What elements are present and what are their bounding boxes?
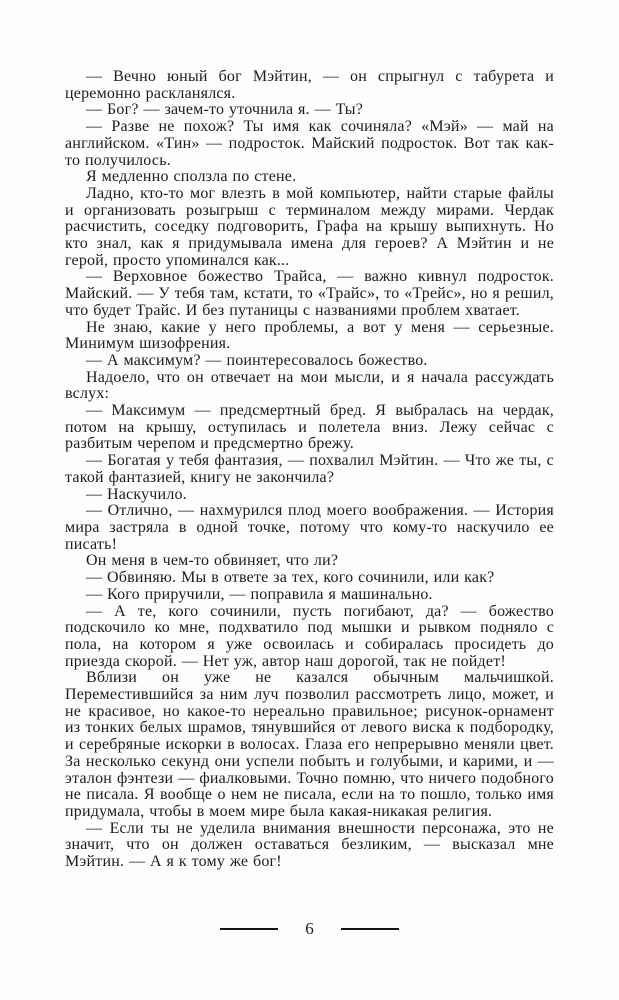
page-text: — Вечно юный бог Мэйтин, — он спрыгнул с… xyxy=(65,69,554,927)
paragraph: — Разве не похож? Ты имя как сочиняла? «… xyxy=(65,119,554,169)
paragraph: Я медленно сползла по стене. xyxy=(65,169,554,186)
paragraph: — Максимум — предсмертный бред. Я выбрал… xyxy=(65,403,554,453)
paragraph: — Обвиняю. Мы в ответе за тех, кого сочи… xyxy=(65,570,554,587)
footer-right-rule xyxy=(341,928,399,930)
paragraph: — Наскучило. xyxy=(65,487,554,504)
paragraph: — Кого приручили, — поправила я машиналь… xyxy=(65,587,554,604)
paragraph: Он меня в чем-то обвиняет, что ли? xyxy=(65,553,554,570)
paragraph: — Верховное божество Трайса, — важно кив… xyxy=(65,269,554,319)
footer-left-rule xyxy=(220,928,278,930)
paragraph: — Богатая у тебя фантазия, — похвалил Мэ… xyxy=(65,453,554,486)
paragraph: Вблизи он уже не казался обычным мальчиш… xyxy=(65,670,554,820)
paragraph: — А максимум? — поинтересовалось божеств… xyxy=(65,353,554,370)
page-number: 6 xyxy=(305,919,314,938)
paragraph: Ладно, кто-то мог влезть в мой компьютер… xyxy=(65,186,554,270)
paragraph: — А те, кого сочинили, пусть погибают, д… xyxy=(65,604,554,671)
paragraph: — Если ты не уделила внимания внешности … xyxy=(65,821,554,871)
paragraph: Не знаю, какие у него проблемы, а вот у … xyxy=(65,320,554,353)
paragraph: — Бог? — зачем-то уточнила я. — Ты? xyxy=(65,102,554,119)
paragraph: — Отлично, — нахмурился плод моего вообр… xyxy=(65,503,554,553)
page-footer: 6 xyxy=(0,919,619,938)
paragraph: Надоело, что он отвечает на мои мысли, и… xyxy=(65,370,554,403)
book-page: — Вечно юный бог Мэйтин, — он спрыгнул с… xyxy=(0,0,619,1000)
paragraph: — Вечно юный бог Мэйтин, — он спрыгнул с… xyxy=(65,69,554,102)
